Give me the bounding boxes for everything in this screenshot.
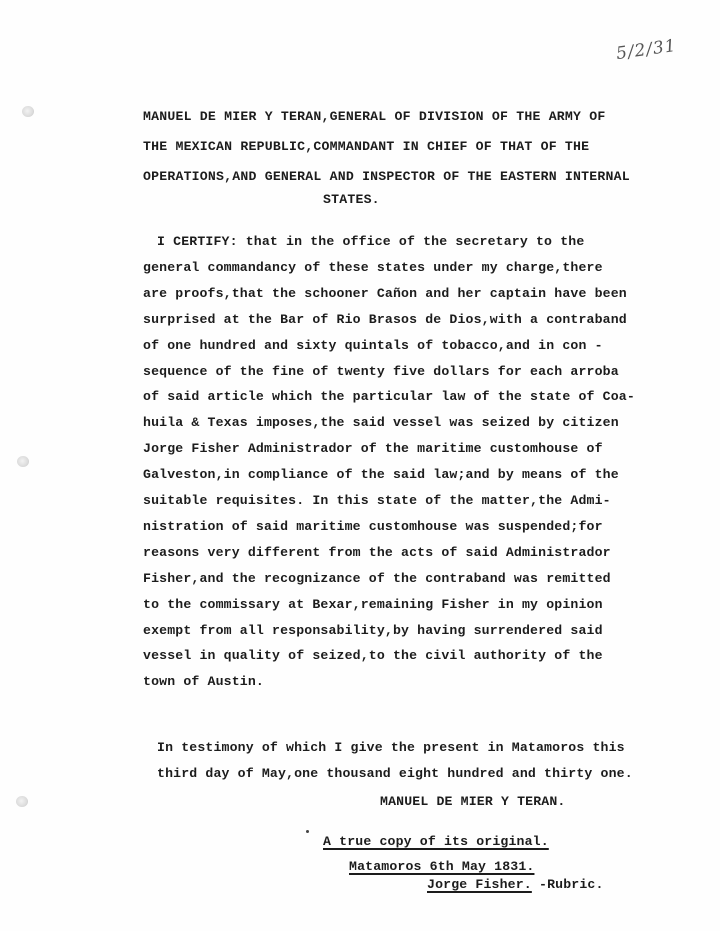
- ink-dot: [306, 830, 309, 833]
- heading-line: STATES.: [323, 192, 380, 207]
- body-line: of said article which the particular law…: [143, 389, 635, 404]
- punch-hole-icon: [22, 106, 34, 117]
- punch-hole-icon: [17, 456, 29, 467]
- body-line: reasons very different from the acts of …: [143, 545, 611, 560]
- body-line: Jorge Fisher Administrador of the mariti…: [143, 441, 603, 456]
- body-line: huila & Texas imposes,the said vessel wa…: [143, 415, 619, 430]
- testimony-line: In testimony of which I give the present…: [157, 740, 625, 755]
- rubric-note: -Rubric.: [539, 877, 604, 892]
- body-line: general commandancy of these states unde…: [143, 260, 603, 275]
- document-page: 5/2/31 MANUEL DE MIER Y TERAN,GENERAL OF…: [0, 0, 720, 931]
- heading-line: THE MEXICAN REPUBLIC,COMMANDANT IN CHIEF…: [143, 139, 589, 154]
- copy-signer: Jorge Fisher.: [427, 877, 532, 892]
- body-line: town of Austin.: [143, 674, 264, 689]
- handwritten-annotation: 5/2/31: [615, 36, 678, 64]
- body-line: I CERTIFY: that in the office of the sec…: [157, 234, 584, 249]
- place-date-line: Matamoros 6th May 1831.: [349, 859, 534, 874]
- body-line: exempt from all responsability,by having…: [143, 623, 603, 638]
- body-line: Galveston,in compliance of the said law;…: [143, 467, 619, 482]
- punch-hole-icon: [16, 796, 28, 807]
- body-line: to the commissary at Bexar,remaining Fis…: [143, 597, 603, 612]
- body-line: nistration of said maritime customhouse …: [143, 519, 603, 534]
- heading-line: MANUEL DE MIER Y TERAN,GENERAL OF DIVISI…: [143, 109, 606, 124]
- true-copy-line: A true copy of its original.: [323, 834, 549, 849]
- body-line: surprised at the Bar of Rio Brasos de Di…: [143, 312, 627, 327]
- body-line: of one hundred and sixty quintals of tob…: [143, 338, 603, 353]
- testimony-line: third day of May,one thousand eight hund…: [157, 766, 633, 781]
- heading-line: OPERATIONS,AND GENERAL AND INSPECTOR OF …: [143, 169, 630, 184]
- body-line: suitable requisites. In this state of th…: [143, 493, 611, 508]
- signature: MANUEL DE MIER Y TERAN.: [380, 794, 565, 809]
- body-line: are proofs,that the schooner Cañon and h…: [143, 286, 627, 301]
- body-line: sequence of the fine of twenty five doll…: [143, 364, 619, 379]
- body-line: Fisher,and the recognizance of the contr…: [143, 571, 611, 586]
- body-line: vessel in quality of seized,to the civil…: [143, 648, 603, 663]
